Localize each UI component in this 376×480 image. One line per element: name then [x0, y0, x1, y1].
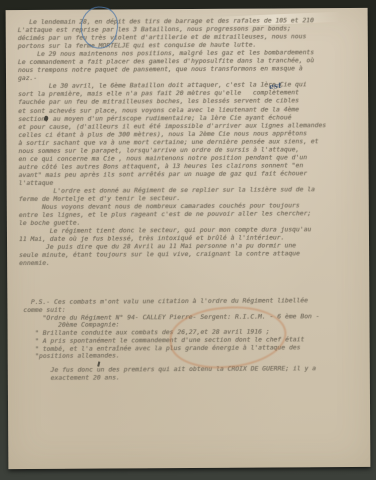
typed-line: "positions allemandes.	[20, 351, 320, 361]
handwritten-insert-word: est	[269, 81, 283, 92]
typed-body-text: Le lendemain 28, en dépit des tirs de ba…	[18, 16, 327, 267]
scanned-document-view: Le lendemain 28, en dépit des tirs de ba…	[0, 0, 376, 480]
typed-line: exactement 20 ans.	[20, 373, 316, 383]
document-page: Le lendemain 28, en dépit des tirs de ba…	[6, 8, 371, 469]
typed-closing-text: Je fus donc un des premiers qui ait obte…	[20, 365, 316, 383]
typed-line: ennemie.	[19, 258, 327, 268]
